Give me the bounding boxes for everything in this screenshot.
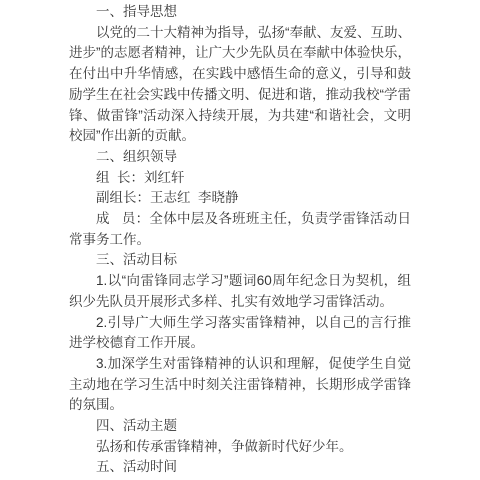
section-heading: 五、活动时间 — [69, 457, 411, 478]
paragraph: 副组长：王志红 李晓静 — [69, 188, 411, 209]
paragraph: 成 员：全体中层及各班班主任，负责学雷锋活动日常事务工作。 — [69, 209, 411, 250]
paragraph: 以党的二十大精神为指导，弘扬“奉献、友爱、互助、进步”的志愿者精神，让广大少先队… — [69, 23, 411, 147]
paragraph: 2.引导广大师生学习落实雷锋精神，以自己的言行推进学校德育工作开展。 — [69, 313, 411, 354]
paragraph: 1.以“向雷锋同志学习”题词60周年纪念日为契机，组织少先队员开展形式多样、扎实… — [69, 271, 411, 312]
section-heading: 三、活动目标 — [69, 250, 411, 271]
section-heading: 二、组织领导 — [69, 147, 411, 168]
section-heading: 四、活动主题 — [69, 416, 411, 437]
paragraph: 3.加深学生对雷锋精神的认识和理解，促使学生自觉主动地在学习生活中时刻关注雷锋精… — [69, 354, 411, 416]
paragraph: 弘扬和传承雷锋精神，争做新时代好少年。 — [69, 437, 411, 458]
document-page: 一、指导思想以党的二十大精神为指导，弘扬“奉献、友爱、互助、进步”的志愿者精神，… — [0, 0, 480, 480]
paragraph: 组 长：刘红轩 — [69, 168, 411, 189]
document-body: 一、指导思想以党的二十大精神为指导，弘扬“奉献、友爱、互助、进步”的志愿者精神，… — [69, 0, 411, 478]
section-heading: 一、指导思想 — [69, 2, 411, 23]
